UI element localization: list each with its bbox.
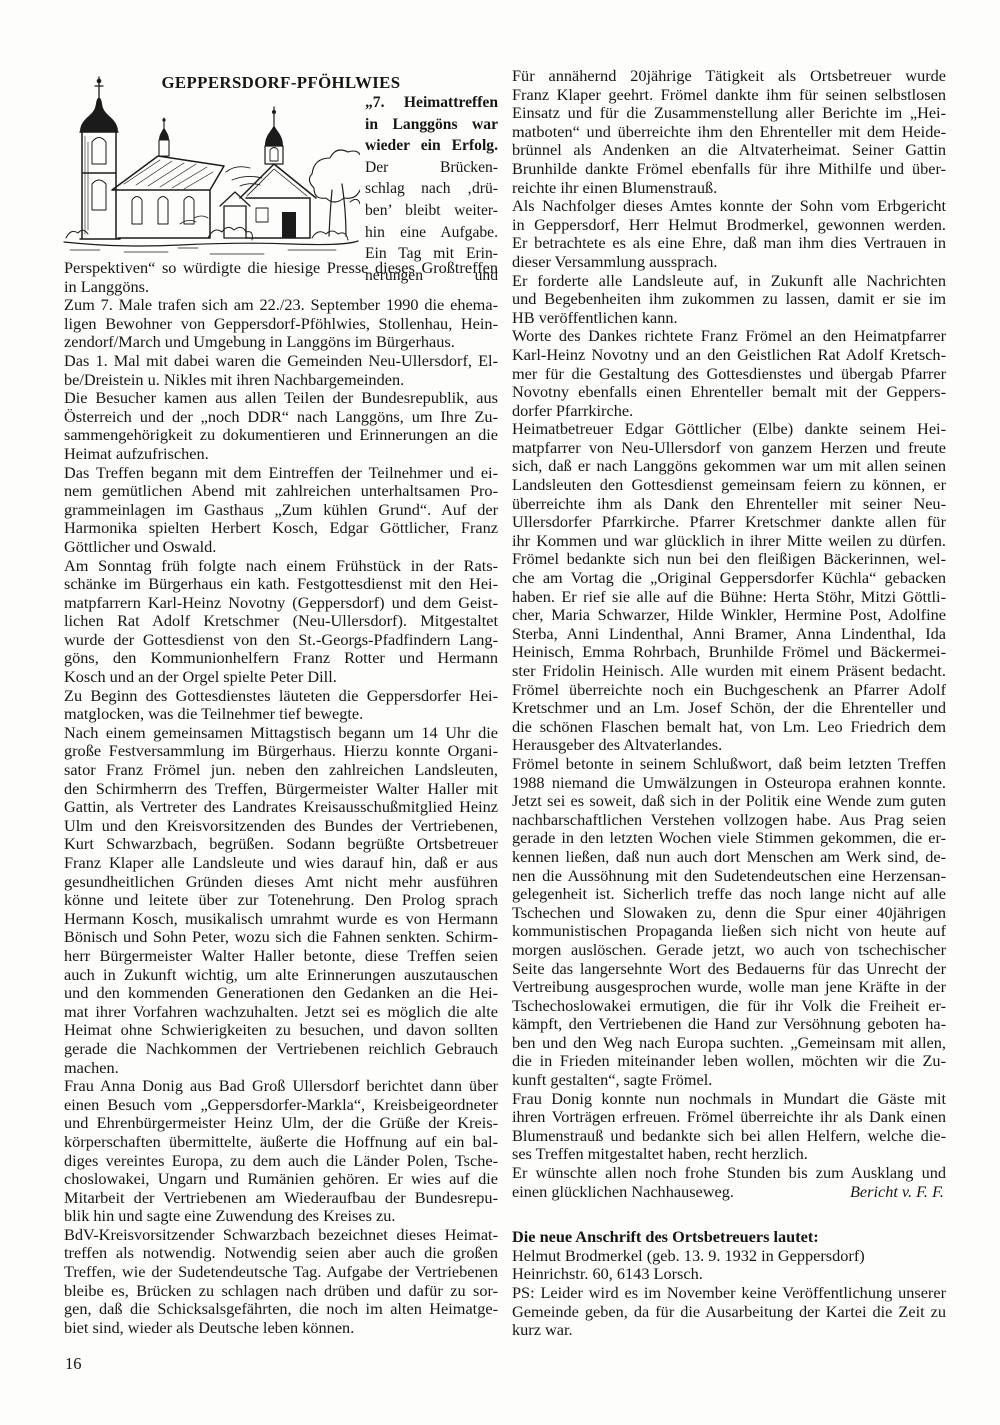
text-line: Österreich und der „noch DDR“ nach Langg… — [64, 408, 498, 427]
text-line: kennen ließen, daß nun auch dort Mensche… — [512, 848, 946, 867]
text-line: Heimat ohne Schwierigkeiten zu besuchen,… — [64, 1021, 498, 1040]
text-line: Herausgeber des Altvaterlandes. — [512, 736, 946, 755]
text-line: Vertreibung ausgesprochen wurde, wolle m… — [512, 978, 946, 997]
address-heading: Die neue Anschrift des Ortsbetreuers lau… — [512, 1228, 946, 1247]
text-line: große Festversammlung im Bürgerhaus. Hie… — [64, 742, 498, 761]
text-line: gesundheitlichen Gründen dieses Amt nich… — [64, 873, 498, 892]
text-line: ligen Bewohner von Geppersdorf-Pföhlwies… — [64, 315, 498, 334]
text-line: kurz war. — [512, 1321, 946, 1340]
text-line: Kretschmer und an Lm. Josef Schön, der d… — [512, 699, 946, 718]
text-line: Er betrachtete es als eine Ehre, daß man… — [512, 234, 946, 253]
text-line: Hermann Kosch, musikalisch umrahmt wurde… — [64, 910, 498, 929]
address-line: Heinrichstr. 60, 6143 Lorsch. — [512, 1265, 946, 1284]
text-line: BdV-Kreisvorsitzender Schwarzbach bezeic… — [64, 1226, 498, 1245]
text-line: Perspektiven“ so würdigte die hiesige Pr… — [64, 259, 498, 278]
text-line: Das 1. Mal mit dabei waren die Gemeinden… — [64, 352, 498, 371]
text-line: Bönisch und Sohn Peter, wozu sich die Fa… — [64, 928, 498, 947]
text-line: und den kommenden Generationen den Gedan… — [64, 984, 498, 1003]
text-line: könne und leitete über zur Totenehrung. … — [64, 891, 498, 910]
text-line: gerade die Nachkommen der Vertriebenen r… — [64, 1040, 498, 1059]
text-line: matglocken, was die Teilnehmer tief bewe… — [64, 705, 498, 724]
text-line: Treffen, wie der Sudetendeutsche Tag. Au… — [64, 1263, 498, 1282]
text-line: ihren Vorträgen erfreuen. Frömel überrei… — [512, 1108, 946, 1127]
text-line: Karl-Heinz Novotny und an den Geistliche… — [512, 346, 946, 365]
text-line: nen die Aussöhnung mit den Sudetendeutsc… — [512, 867, 946, 886]
text-line: 1988 niemand die Umwälzungen in Osteurop… — [512, 774, 946, 793]
text-line: kämpft, den Vertriebenen die Hand zur Ve… — [512, 1015, 946, 1034]
text-line: Heimat aufzufrischen. — [64, 445, 498, 464]
text-line: und Begebenheiten ihm zukommen zu lassen… — [512, 290, 946, 309]
text-line: Gattin, als Vertreter des Landrates Krei… — [64, 798, 498, 817]
text-line: in Geppersdorf, Herr Helmut Brodmerkel, … — [512, 216, 946, 235]
text-line: Nach einem gemeinsamen Mittagstisch bega… — [64, 724, 498, 743]
text-line: matboten“ und überreichte ihm den Ehrent… — [512, 123, 946, 142]
text-line: Ullersdorfer Pfarrkirche. Pfarrer Kretsc… — [512, 513, 946, 532]
text-line: Er forderte alle Landsleute auf, in Zuku… — [512, 272, 946, 291]
text-line: nachbarschaftlichen Verstehen vollzogen … — [512, 811, 946, 830]
text-line: Er wünschte allen noch frohe Stunden bis… — [512, 1164, 946, 1183]
churches-engraving-drawing — [60, 72, 360, 260]
text-line: haben. Er rief sie alle auf die Bühne: H… — [512, 588, 946, 607]
text-line: überreichte ihm als Dank den Ehrenteller… — [512, 495, 946, 514]
text-line: Frau Anna Donig aus Bad Groß Ullersdorf … — [64, 1077, 498, 1096]
report-byline: Bericht v. F. F. — [850, 1183, 946, 1202]
text-line: Franz Klaper alle Landsleute und wies da… — [64, 854, 498, 873]
closing-text: einen glücklichen Nachhauseweg. — [512, 1183, 734, 1202]
text-line: göns, den Kommunionhelfern Franz Rotter … — [64, 649, 498, 668]
text-line: mer für die Gestaltung des Gottesdienste… — [512, 365, 946, 384]
text-line: herr Bürgermeister Walter Haller betonte… — [64, 947, 498, 966]
text-line: in Langgöns. — [64, 278, 498, 297]
text-line: schänke im Bürgerhaus ein kath. Festgott… — [64, 575, 498, 594]
text-line: Tschechoslowakei ermutigen, die für ihr … — [512, 997, 946, 1016]
text-line: Einsatz und für die Zusammenstellung all… — [512, 104, 946, 123]
text-line: be/Dreistein u. Nikles mit ihren Nachbar… — [64, 371, 498, 390]
text-line: auch in Zukunft wichtig, um alte Erinner… — [64, 966, 498, 985]
text-line: Brunhilde dankte Frömel ebenfalls für ih… — [512, 160, 946, 179]
text-line: Frömel bedankte sich nun bei den fleißig… — [512, 550, 946, 569]
text-line: matpfarrer von Neu-Ullersdorf von ganzem… — [512, 439, 946, 458]
text-line: gen, daß die Schicksalsgefährten, die no… — [64, 1300, 498, 1319]
text-line: treffen als notwendig. Notwendig seien a… — [64, 1244, 498, 1263]
text-line: körperschaften übermittelte, äußerte die… — [64, 1133, 498, 1152]
left-column-text: Perspektiven“ so würdigte die hiesige Pr… — [64, 259, 498, 1337]
text-line: Harmonika spielten Herbert Kosch, Edgar … — [64, 519, 498, 538]
text-line: mat ihrer Vorfahren wachzuhalten. Jetzt … — [64, 1003, 498, 1022]
text-line: Ulm und den Kreisvorsitzenden des Bundes… — [64, 817, 498, 836]
text-line: Seite das langersehnte Wort des Bedauern… — [512, 960, 946, 979]
right-column: Für annähernd 20jährige Tätigkeit als Or… — [512, 67, 946, 1357]
text-line: nem gemütlichen Abend mit zahlreichen un… — [64, 482, 498, 501]
text-line: ses Treffen mitgestaltet haben, recht he… — [512, 1145, 946, 1164]
text-line: bleibe es, Brücken zu schlagen nach drüb… — [64, 1282, 498, 1301]
text-line: HB veröffentlichen kann. — [512, 309, 946, 328]
text-line: Göttlicher und Oswald. — [64, 538, 498, 557]
text-line: und Ehrenbürgermeister Heinz Ulm, der di… — [64, 1114, 498, 1133]
village-churches-illustration — [60, 72, 360, 260]
text-line: ihr Kommen und war glücklich in ihrer Mi… — [512, 532, 946, 551]
text-line: Kosch und an der Orgel spielte Peter Dil… — [64, 668, 498, 687]
text-line: ster Fridolin Heinisch. Alle wurden mit … — [512, 662, 946, 681]
text-line: sator Franz Frömel jun. neben den zahlre… — [64, 761, 498, 780]
address-line: Helmut Brodmerkel (geb. 13. 9. 1932 in G… — [512, 1247, 946, 1266]
text-line: kommunistischen Propaganda ließen sich n… — [512, 922, 946, 941]
text-line: Mitarbeit der Vertriebenen am Wiederaufb… — [64, 1189, 498, 1208]
scanned-newsletter-page: GEPPERSDORF-PFÖHLWIES — [0, 0, 1000, 1425]
text-line: wurde der Gottesdienst von den St.-Georg… — [64, 631, 498, 650]
text-line: dorfer Pfarrkirche. — [512, 402, 946, 421]
text-line: brünnel als Andenken an die Altvaterheim… — [512, 141, 946, 160]
intro-bold-line: in Langgöns war — [365, 114, 498, 136]
intro-bold-line: „7. Heimattreffen — [365, 92, 498, 114]
intro-bold-line: wieder ein Erfolg. — [365, 135, 498, 157]
text-line: kunft gestalten“, sagte Frömel. — [512, 1071, 946, 1090]
text-line: Die Besucher kamen aus allen Teilen der … — [64, 389, 498, 408]
text-line: Am Sonntag früh folgte nach einem Frühst… — [64, 557, 498, 576]
text-line: biet sind, wieder als Deutsche leben kön… — [64, 1319, 498, 1338]
text-line: Gemeinde geben, da für die Ausarbeitung … — [512, 1303, 946, 1322]
text-line: Zu Beginn des Gottesdienstes läuteten di… — [64, 687, 498, 706]
text-line: Jetzt sei es soweit, daß sich in der Pol… — [512, 792, 946, 811]
text-line: Tschechen und Slowaken zu, denn die Spur… — [512, 904, 946, 923]
text-line: cher, Maria Schwarzer, Hilde Winkler, He… — [512, 606, 946, 625]
text-line: Franz Klaper geehrt. Frömel dankte ihm f… — [512, 86, 946, 105]
text-line: die schönen Flaschen bemalt hat, von Lm.… — [512, 718, 946, 737]
text-line: Kurt Schwarzbach, begrüßen. Sodann begrü… — [64, 835, 498, 854]
text-line: choslowakei, Ungarn und Rumänien gehören… — [64, 1170, 498, 1189]
intro-line: hin eine Aufgabe. — [365, 222, 498, 244]
closing-line: einen glücklichen Nachhauseweg.Bericht v… — [512, 1183, 946, 1202]
text-line: Frömel betonte in seinem Schlußwort, daß… — [512, 755, 946, 774]
text-line: PS: Leider wird es im November keine Ver… — [512, 1284, 946, 1303]
text-line: Worte des Dankes richtete Franz Frömel a… — [512, 327, 946, 346]
text-line: dieser Versammlung aussprach. — [512, 253, 946, 272]
text-line: sammengehörigkeit zu dokumentieren und E… — [64, 426, 498, 445]
text-line: grammeinlagen im Gasthaus „Zum kühlen Gr… — [64, 501, 498, 520]
text-line: lichen Rat Adolf Kretschmer (Neu-Ullersd… — [64, 612, 498, 631]
text-line: blik hin und sagte eine Zuwendung des Kr… — [64, 1207, 498, 1226]
text-line: Heimatbetreuer Edgar Göttlicher (Elbe) d… — [512, 420, 946, 439]
text-line: Als Nachfolger dieses Amtes konnte der S… — [512, 197, 946, 216]
text-line: matpfarrern Karl-Heinz Novotny (Geppersd… — [64, 594, 498, 613]
text-line: Landsleuten den Gottesdienst gemeinsam f… — [512, 476, 946, 495]
text-line: Blumenstrauß und bedankte sich bei allen… — [512, 1127, 946, 1146]
text-line: reichte ihr einen Blumenstrauß. — [512, 179, 946, 198]
text-line: Das Treffen begann mit dem Eintreffen de… — [64, 464, 498, 483]
text-line: gelegenheit ist. Sicherlich treffe das n… — [512, 885, 946, 904]
text-line: machen. — [64, 1059, 498, 1078]
text-line: Frau Donig konnte nun nochmals in Mundar… — [512, 1090, 946, 1109]
text-line: Frömel überreichte noch ein Buchgeschenk… — [512, 681, 946, 700]
left-column: GEPPERSDORF-PFÖHLWIES — [64, 70, 498, 1360]
text-line: Sterba, Anni Lindenthal, Anni Bramer, An… — [512, 625, 946, 644]
text-line: Novotny ebenfalls einen Ehrenteller bema… — [512, 383, 946, 402]
intro-line: schlag nach ‚drü- — [365, 178, 498, 200]
text-line: diges vereintes Europa, zu dem auch die … — [64, 1152, 498, 1171]
text-line: einen Besuch vom „Geppersdorfer-Markla“,… — [64, 1096, 498, 1115]
text-line: morgen auslöschen. Gerade jetzt, wo auch… — [512, 941, 946, 960]
text-line: die in Frieden miteinander leben wollen,… — [512, 1052, 946, 1071]
text-line: Zum 7. Male trafen sich am 22./23. Septe… — [64, 296, 498, 315]
text-line: Heinisch, Emma Rohrbach, Brunhilde Fröme… — [512, 643, 946, 662]
text-line: zendorf/March und Umgebung in Langgöns i… — [64, 333, 498, 352]
text-line: den Schirmherrn des Treffen, Bürgermeist… — [64, 780, 498, 799]
text-line: gerade in den letzten Wochen viele Stimm… — [512, 829, 946, 848]
spacer — [512, 1201, 946, 1228]
text-line: che am Vortag die „Original Geppersdorfe… — [512, 569, 946, 588]
page-number: 16 — [65, 1354, 82, 1374]
intro-line: ben’ bleibt weiter- — [365, 200, 498, 222]
text-line: ben und den Weg nach Europa suchten. „Ge… — [512, 1034, 946, 1053]
text-line: sich, daß er nach Langgöns gekommen war … — [512, 457, 946, 476]
intro-line: Der Brücken- — [365, 157, 498, 179]
text-line: Für annähernd 20jährige Tätigkeit als Or… — [512, 67, 946, 86]
